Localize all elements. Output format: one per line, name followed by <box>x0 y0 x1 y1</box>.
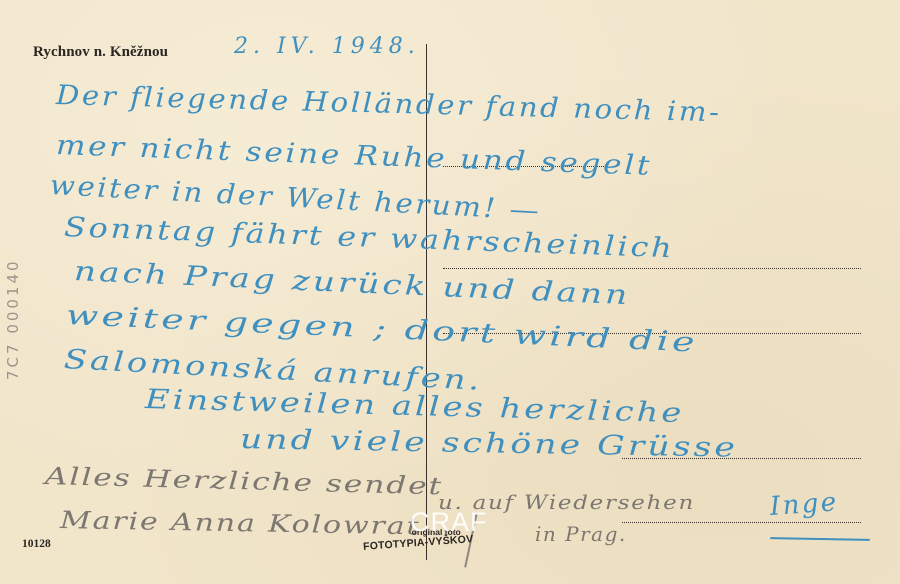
handwritten-date: 2. IV. 1948. <box>234 34 420 59</box>
address-line-5 <box>622 522 861 523</box>
signature: Inge <box>769 487 840 522</box>
address-line-2 <box>443 268 861 269</box>
pencil-line-4: in Prag. <box>535 522 627 546</box>
signature-underline <box>770 537 870 541</box>
message-line-8: Einstweilen alles herzliche <box>145 384 685 429</box>
postcard-back: Rychnov n. Kněžnou 2. IV. 1948. Der flie… <box>0 0 900 584</box>
pencil-line-1: Alles Herzliche sendet <box>45 462 444 500</box>
message-line-1: Der fliegende Holländer fand noch im- <box>56 80 722 128</box>
archive-inventory-mark: 7C7 000140 <box>4 258 22 380</box>
message-line-4: Sonntag fährt er wahrscheinlich <box>63 212 675 264</box>
printed-place-name: Rychnov n. Kněžnou <box>33 44 168 61</box>
message-line-9: und viele schöne Grüsse <box>240 424 738 464</box>
watermark: CRAF <box>410 507 488 538</box>
card-number: 10128 <box>22 538 51 550</box>
